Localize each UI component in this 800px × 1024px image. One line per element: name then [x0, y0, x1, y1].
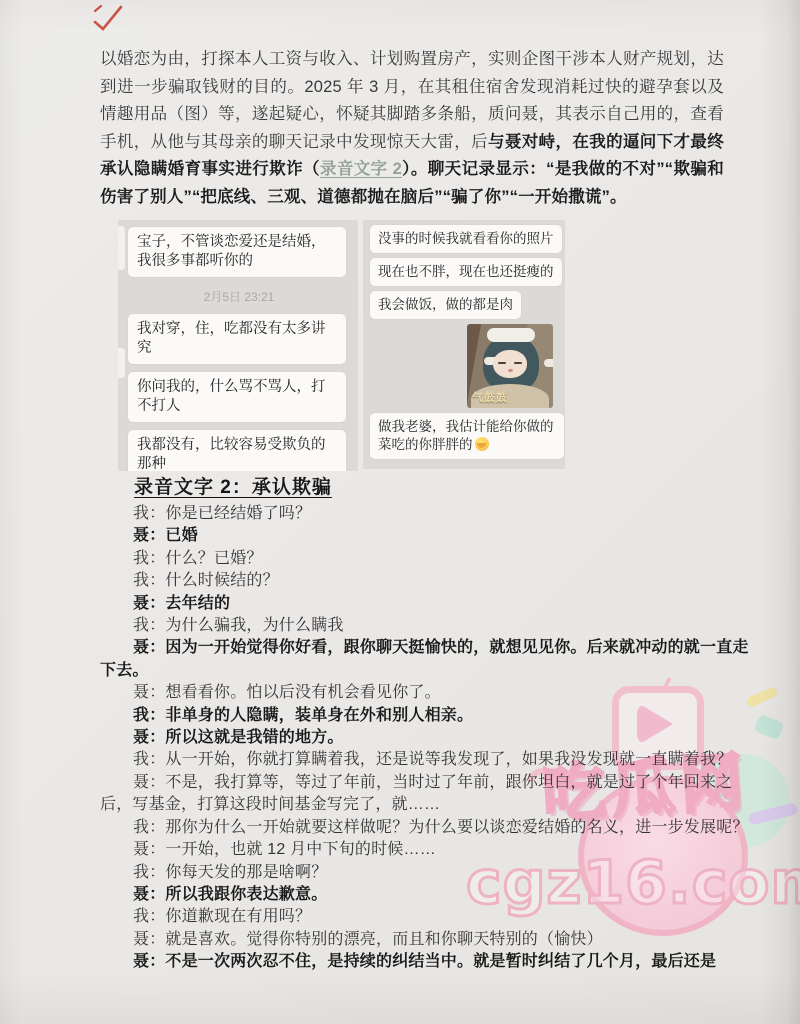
- transcript-line: 聂：去年结的: [100, 593, 750, 615]
- transcript-line: 聂：不是，我打算等，等过了年前，当时过了年前，跟你坦白，就是过了个年回来之后，写…: [100, 772, 750, 817]
- transcript-line: 我：你道歉现在有用吗？: [100, 906, 750, 928]
- section-heading: 录音文字 2：承认欺骗: [134, 472, 332, 499]
- transcript-line: 我：什么时候结的？: [100, 570, 750, 592]
- chat-bubble: 我对穿，住，吃都没有太多讲究: [128, 314, 346, 364]
- transcript-line: 聂：就是喜欢。觉得你特别的漂亮，而且和你聊天特别的（愉快）: [100, 929, 750, 951]
- sticker-caption: 气鼓鼓: [472, 389, 508, 405]
- chat-bubble: 没事的时候我就看看你的照片: [370, 225, 562, 253]
- red-pen-scribble: [92, 3, 126, 33]
- sticker-maid-frill: [487, 328, 535, 342]
- watermark-yellow-accent: [745, 686, 778, 708]
- cut-off-bubble: [118, 226, 125, 270]
- transcript-line: 聂：已婚: [100, 525, 750, 547]
- intro-paragraph: 以婚恋为由，打探本人工资与收入、计划购置房产，实则企图干涉本人财产规划，达到进一…: [100, 46, 724, 211]
- transcript-line: 聂：因为一开始觉得你好看，跟你聊天挺愉快的，就想见见你。后来就冲动的就一直走下去…: [100, 637, 750, 682]
- transcript-line: 我：非单身的人隐瞒，装单身在外和别人相亲。: [100, 705, 750, 727]
- transcript-line: 我：从一开始，你就打算瞒着我，还是说等我发现了，如果我没发现就一直瞒着我？: [100, 749, 750, 771]
- facepalm-emoji: [475, 437, 489, 451]
- chat-bubble: 你问我的，什么骂不骂人，打不打人: [128, 372, 346, 422]
- transcript-line: 聂：所以我跟你表达歉意。: [100, 884, 750, 906]
- transcript-line: 聂：一开始，也就 12 月中下旬的时候……: [100, 839, 750, 861]
- chat-timestamp: 2月5日 23:21: [204, 288, 275, 305]
- chat-bubble: 我会做饭，做的都是肉: [370, 291, 521, 319]
- recording-transcript: 我：你是已经结婚了吗？ 聂：已婚 我：什么？已婚？ 我：什么时候结的？ 聂：去年…: [100, 503, 750, 974]
- transcript-line: 聂：想看看你。怕以后没有机会看见你了。: [100, 682, 750, 704]
- cut-off-bubble: [118, 348, 125, 378]
- recording-transcript-link: 录音文字 2: [320, 160, 402, 178]
- chat-screenshots: 宝子，不管谈恋爱还是结婚，我很多事都听你的 2月5日 23:21 我对穿，住，吃…: [118, 220, 565, 471]
- chat-left-screenshot: 宝子，不管谈恋爱还是结婚，我很多事都听你的 2月5日 23:21 我对穿，住，吃…: [118, 220, 358, 471]
- anime-maid-sticker: 气鼓鼓: [467, 324, 553, 408]
- chat-bubble: 做我老婆，我估计能给你做的菜吃的你胖胖的: [370, 413, 564, 459]
- chat-bubble: 宝子，不管谈恋爱还是结婚，我很多事都听你的: [128, 227, 346, 277]
- transcript-line: 我：你是已经结婚了吗？: [100, 503, 750, 525]
- watermark-teal-accent: [754, 714, 785, 740]
- chat-right-screenshot: 没事的时候我就看看你的照片 现在也不胖，现在也还挺瘦的 我会做饭，做的都是肉 气…: [363, 220, 565, 469]
- chat-bubble: 现在也不胖，现在也还挺瘦的: [370, 258, 562, 286]
- transcript-line: 我：什么？已婚？: [100, 548, 750, 570]
- sticker-face: [493, 350, 527, 378]
- transcript-line: 我：你每天发的那是啥啊？: [100, 862, 750, 884]
- transcript-line: 聂：所以这就是我错的地方。: [100, 727, 750, 749]
- transcript-line: 我：为什么骗我，为什么瞒我: [100, 615, 750, 637]
- transcript-line: 聂：不是一次两次忍不住，是持续的纠结当中。就是暂时纠结了几个月，最后还是: [100, 951, 750, 973]
- chat-bubble: 我都没有，比较容易受欺负的那种: [128, 430, 346, 471]
- transcript-line: 我：那你为什么一开始就要这样做呢？为什么要以谈恋爱结婚的名义，进一步发展呢？: [100, 817, 750, 839]
